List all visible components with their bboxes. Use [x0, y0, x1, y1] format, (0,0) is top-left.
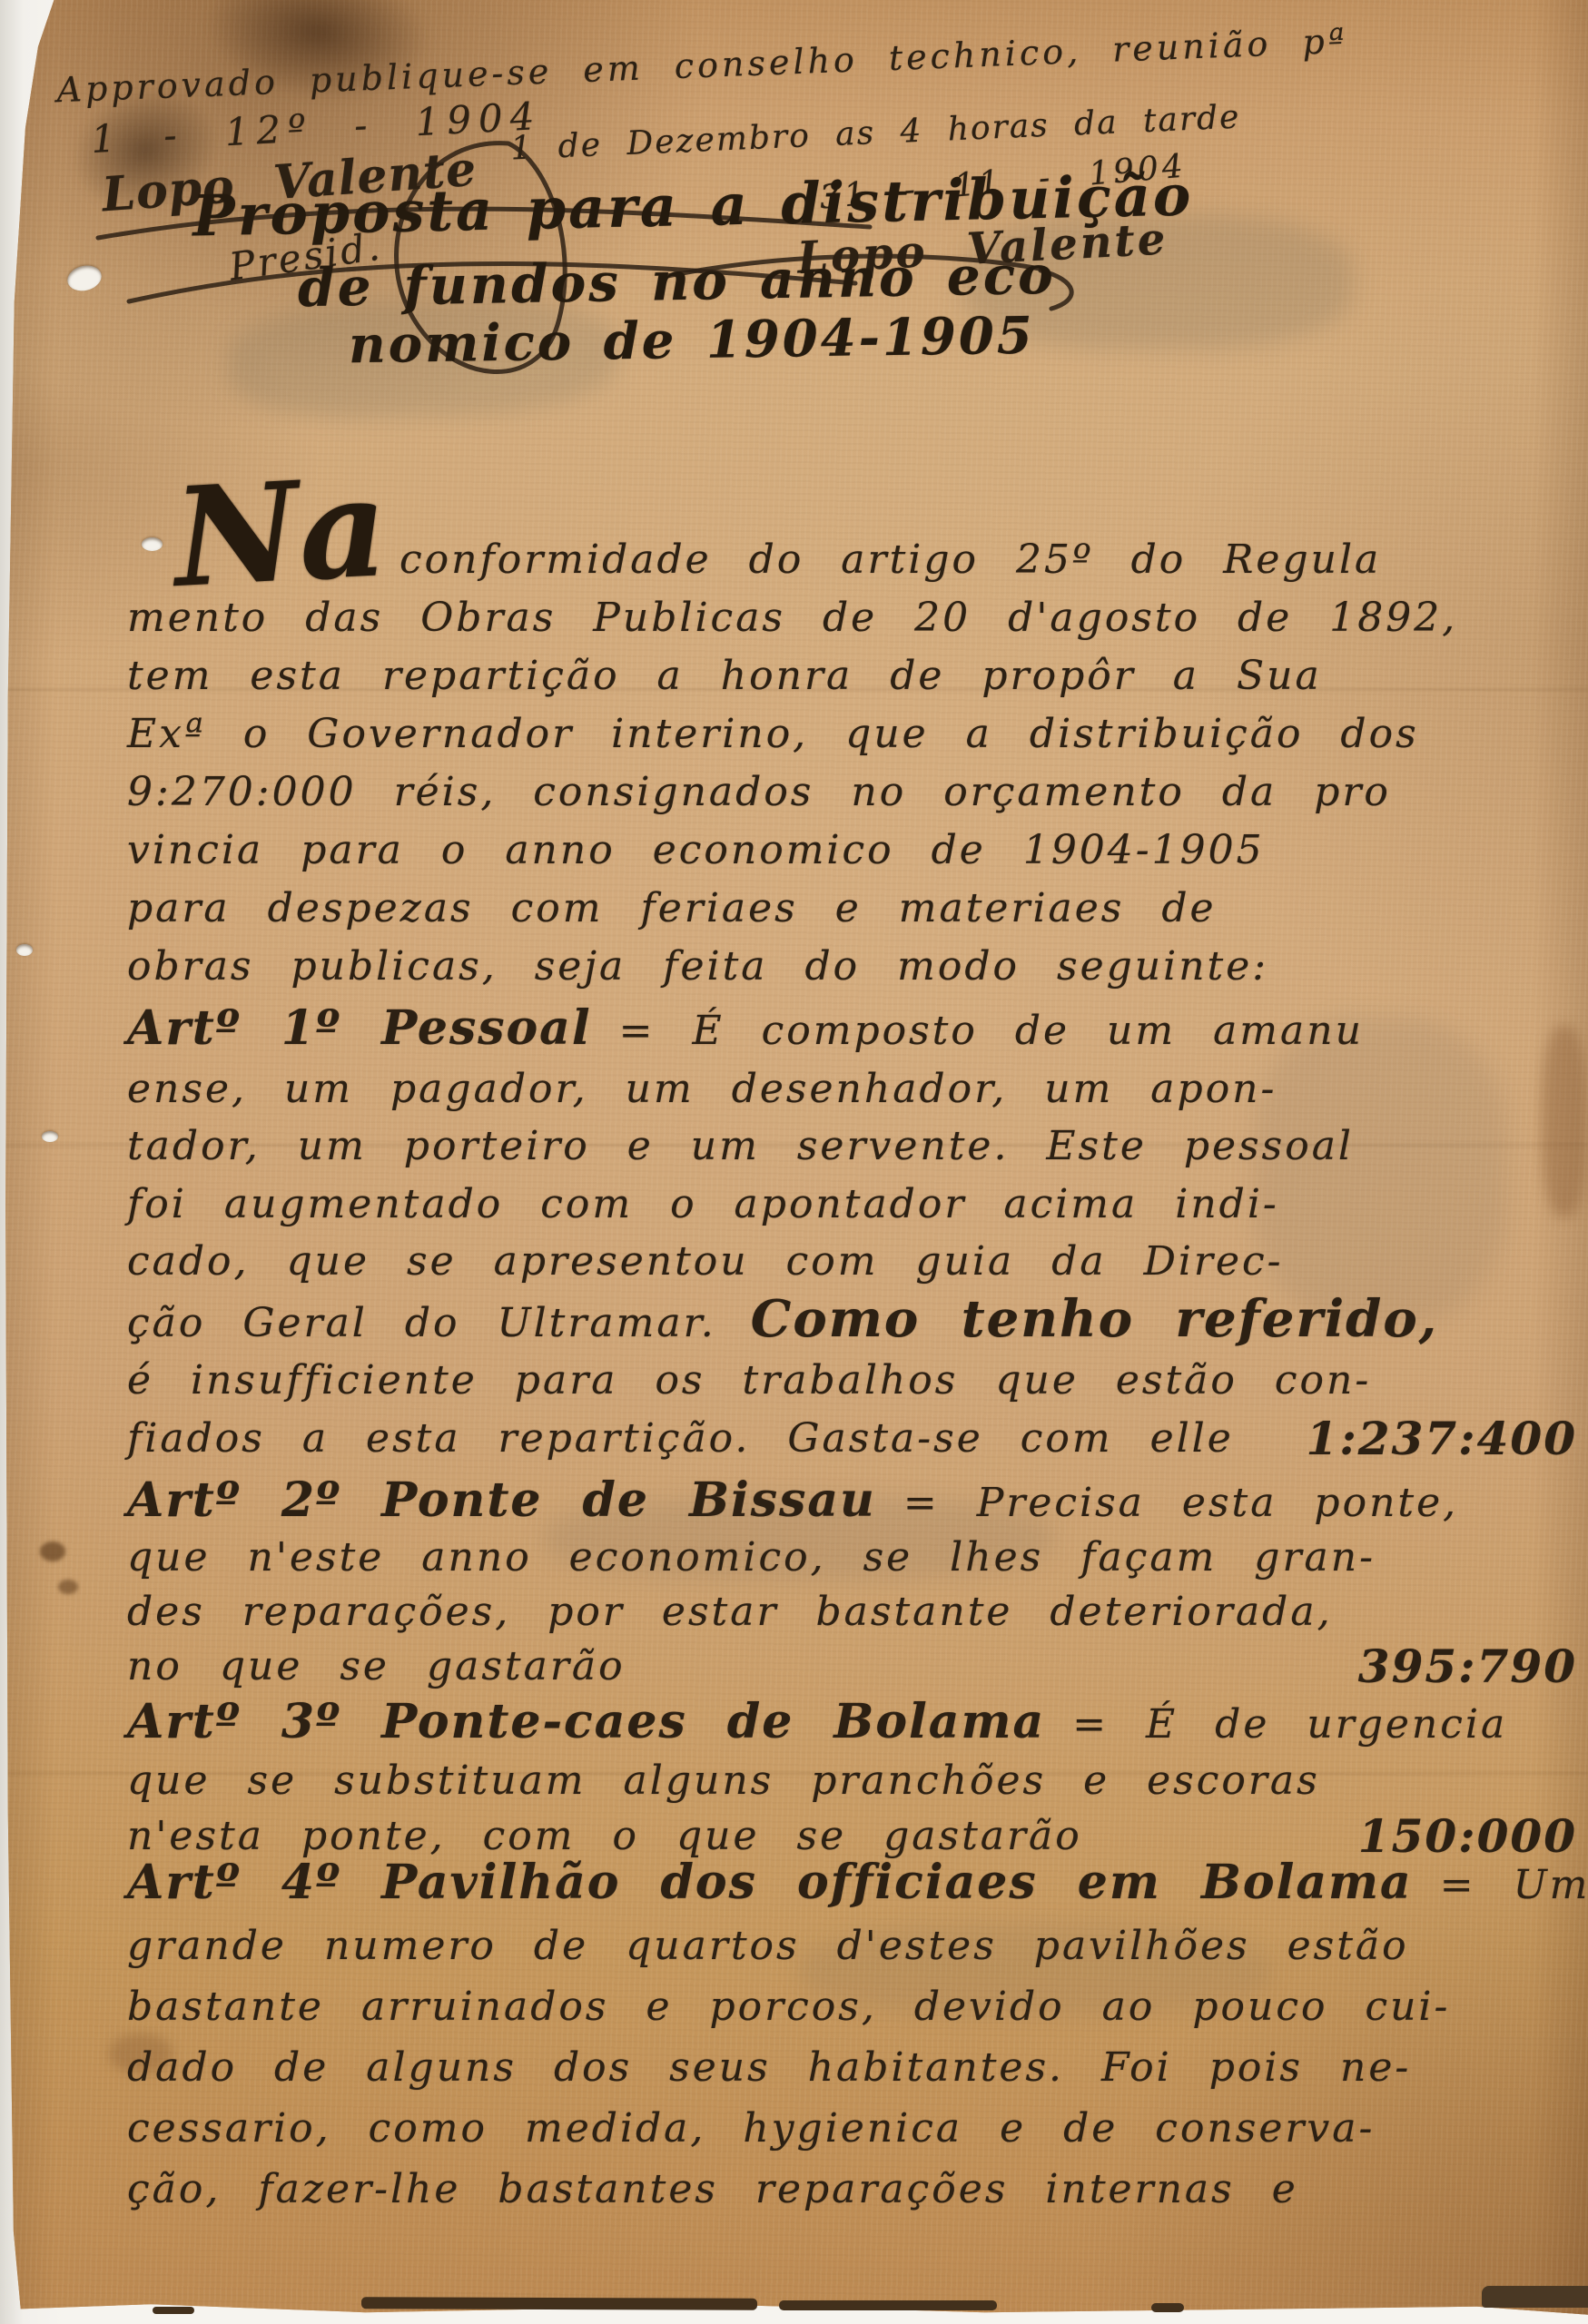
- manuscript-line: cado, que se apresentou com guia da Dire…: [127, 1233, 1584, 1291]
- manuscript-line: ense, um pagador, um desenhador, um apon…: [127, 1060, 1584, 1118]
- page-edge-mark: [361, 2297, 757, 2310]
- article-1-lead: = É composto de um amanu: [619, 1008, 1364, 1054]
- manuscript-line: mento das Obras Publicas de 20 d'agosto …: [127, 589, 1584, 647]
- expense-line: no que se gastarão 395:790: [127, 1640, 1584, 1694]
- article-3-lead: = É de urgencia: [1072, 1701, 1507, 1748]
- article-1-heading: Artº 1º Pessoal: [127, 1000, 592, 1056]
- article-heading-row: Artº 1º Pessoal= É composto de um amanu: [127, 1000, 1584, 1060]
- manuscript-line: tem esta repartição a honra de propôr a …: [127, 647, 1584, 705]
- manuscript-line: vincia para o anno economico de 1904-190…: [127, 822, 1584, 880]
- manuscript-line: tador, um porteiro e um servente. Este p…: [127, 1118, 1584, 1176]
- expense-text: no que se gastarão: [127, 1640, 626, 1694]
- expense-amount: 1:237:400: [1307, 1410, 1577, 1468]
- article-heading-row: Artº 2º Ponte de Bissau= Precisa esta po…: [127, 1473, 1584, 1531]
- article-heading-row: Artº 3º Ponte-caes de Bolama= É de urgen…: [127, 1694, 1584, 1753]
- manuscript-line: que n'este anno economico, se lhes façam…: [127, 1531, 1584, 1585]
- manuscript-line: ção Geral do Ultramar. Como tenho referi…: [127, 1291, 1584, 1353]
- manuscript-line: conformidade do artigo 25º do Regula: [127, 531, 1584, 589]
- article-2-heading: Artº 2º Ponte de Bissau: [127, 1472, 876, 1528]
- expense-amount: 395:790: [1358, 1640, 1577, 1694]
- manuscript-line: que se substituam alguns pranchões e esc…: [127, 1753, 1584, 1809]
- line-regular: ção Geral do Ultramar.: [127, 1295, 716, 1353]
- paper-hole: [16, 944, 33, 956]
- manuscript-line: cessario, como medida, hygienica e de co…: [127, 2098, 1584, 2159]
- document-title-line-3: nomico de 1904-1905: [349, 306, 1036, 376]
- manuscript-line: foi augmentado com o apontador acima ind…: [127, 1176, 1584, 1234]
- article-4-heading: Artº 4º Pavilhão dos officiaes em Bolama: [127, 1855, 1413, 1910]
- expense-text: fiados a esta repartição. Gasta-se com e…: [127, 1410, 1234, 1468]
- page-edge-mark: [1151, 2303, 1184, 2312]
- manuscript-line: 9:270:000 réis, consignados no orçamento…: [127, 763, 1584, 822]
- article-heading-row: Artº 4º Pavilhão dos officiaes em Bolama…: [127, 1852, 1584, 1915]
- expense-line: fiados a esta repartição. Gasta-se com e…: [127, 1410, 1584, 1468]
- article-3-ponte-caes-de-bolama: Artº 3º Ponte-caes de Bolama= É de urgen…: [127, 1694, 1584, 1865]
- article-2-lead: = Precisa esta ponte,: [903, 1480, 1458, 1526]
- paper-hole: [42, 1131, 58, 1142]
- manuscript-line: bastante arruinados e porcos, devido ao …: [127, 1976, 1584, 2037]
- page-edge-mark: [153, 2307, 194, 2314]
- ink-stain: [58, 1580, 78, 1594]
- manuscript-line: grande numero de quartos d'estes pavilhõ…: [127, 1915, 1584, 1976]
- article-3-heading: Artº 3º Ponte-caes de Bolama: [127, 1694, 1045, 1749]
- manuscript-line: para despezas com feriaes e materiaes de: [127, 880, 1584, 938]
- manuscript-line: ção, fazer-lhe bastantes reparações inte…: [127, 2159, 1584, 2220]
- article-4-pavilhao-dos-officiaes: Artº 4º Pavilhão dos officiaes em Bolama…: [127, 1852, 1584, 2220]
- manuscript-line: obras publicas, seja feita do modo segui…: [127, 938, 1584, 996]
- article-4-lead: = Um: [1440, 1862, 1588, 1908]
- scanned-document-page: Approvado publique-se em conselho techni…: [0, 0, 1588, 2324]
- manuscript-line: dado de alguns dos seus habitantes. Foi …: [127, 2037, 1584, 2098]
- manuscript-paper: Approvado publique-se em conselho techni…: [0, 0, 1588, 2324]
- manuscript-line: Exª o Governador interino, que a distrib…: [127, 705, 1584, 763]
- intro-paragraph: conformidade do artigo 25º do Regula men…: [127, 531, 1584, 996]
- ink-stain: [40, 1541, 65, 1561]
- page-edge-mark: [1482, 2286, 1588, 2308]
- article-2-ponte-de-bissau: Artº 2º Ponte de Bissau= Precisa esta po…: [127, 1473, 1584, 1694]
- manuscript-line: é insufficiente para os trabalhos que es…: [127, 1352, 1584, 1410]
- line-emphasis: Como tenho referido,: [751, 1291, 1438, 1349]
- manuscript-line: des reparações, por estar bastante deter…: [127, 1585, 1584, 1640]
- page-edge-mark: [779, 2300, 997, 2310]
- article-1-pessoal: Artº 1º Pessoal= É composto de um amanu …: [127, 1000, 1584, 1467]
